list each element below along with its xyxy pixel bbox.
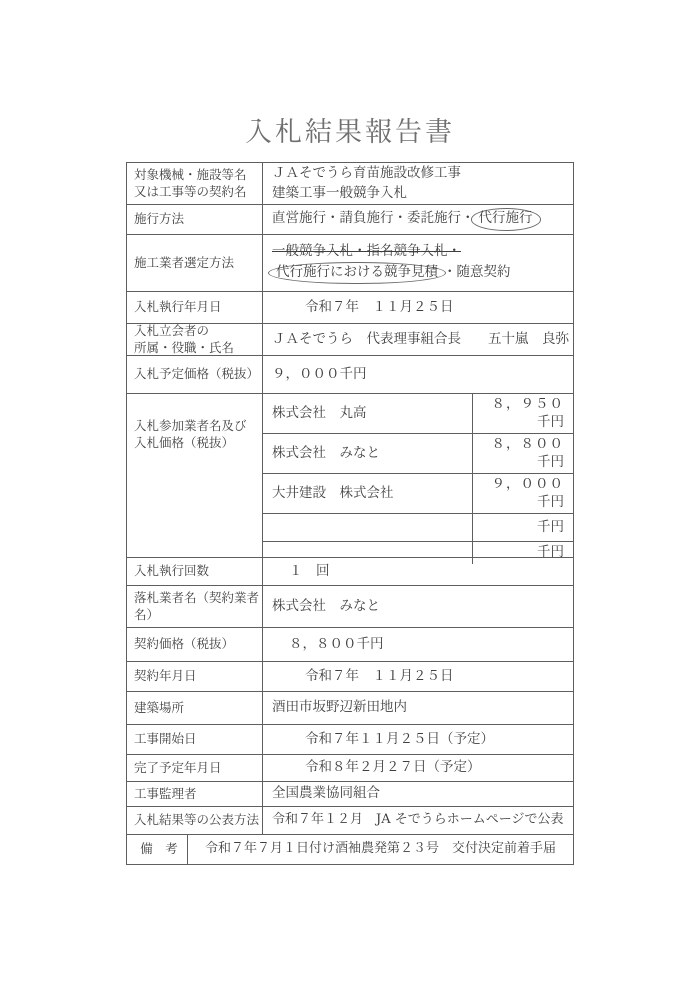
witness-label-line1: 入札立会者の	[134, 323, 259, 340]
table-row-supervisor: 工事監理者 全国農業協同組合	[127, 781, 573, 806]
table-row-contract-price: 契約価格（税抜） ８，８００千円	[127, 627, 573, 661]
completion-date-value-text: 令和８年２月２７日（予定）	[305, 758, 569, 778]
bidder-price-unit: 千円	[477, 494, 564, 512]
table-row-execution-method: 施行方法 直営施行・請負施行・委託施行・代行施行	[127, 204, 573, 234]
table-row-publication: 入札結果等の公表方法 令和７年１２月 JA そでうらホームページで公表	[127, 806, 573, 834]
bidders-label-line2: 入札価格（税抜）	[134, 435, 259, 452]
contractor-selection-value: 一般競争入札・指名競争入札・ 代行施行における競争見積・随意契約	[263, 235, 573, 291]
table-row-subject: 対象機械・施設等名 又は工事等の契約名 ＪＡそでうら育苗施設改修工事 建築工事一…	[127, 163, 573, 204]
contract-price-value-text: ８，８００千円	[289, 635, 569, 655]
planned-price-value: ９，０００千円	[263, 356, 573, 393]
bidder-price-unit: 千円	[477, 414, 564, 432]
bidder-row: 大井建設 株式会社 ９，０００ 千円	[263, 473, 573, 513]
subject-label-line2: 又は工事等の契約名	[134, 184, 259, 201]
table-row-winner: 落札業者名（契約業者名） 株式会社 みなと	[127, 585, 573, 627]
location-label-text: 建築場所	[134, 700, 259, 717]
contract-price-value: ８，８００千円	[263, 628, 573, 661]
completion-date-label-text: 完了予定年月日	[134, 760, 259, 777]
supervisor-value-text: 全国農業協同組合	[272, 784, 569, 804]
bidder-price-unit: 千円	[477, 454, 564, 472]
witness-label-line2: 所属・役職・氏名	[134, 340, 259, 357]
bidder-row: 株式会社 丸高 ８，９５０ 千円	[263, 394, 573, 433]
bidder-price-cell: ８，８００ 千円	[473, 434, 573, 473]
table-row-contract-date: 契約年月日 令和７年 １１月２５日	[127, 661, 573, 691]
contractor-selection-line1: 一般競争入札・指名競争入札・	[272, 242, 569, 262]
bidders-subtable: 株式会社 丸高 ８，９５０ 千円 株式会社 みなと ８，８００ 千円 大井建設 …	[263, 394, 573, 557]
start-date-value-text: 令和７年１１月２５日（予定）	[305, 730, 569, 750]
table-row-witness: 入札立会者の 所属・役職・氏名 ＪＡそでうら 代表理事組合長 五十嵐 良弥	[127, 323, 573, 355]
start-date-value: 令和７年１１月２５日（予定）	[263, 725, 573, 754]
bidder-name: 株式会社 丸高	[263, 394, 473, 433]
contractor-selection-circled-text: 代行施行における競争見積	[268, 262, 446, 285]
bidder-price: ９，０００	[477, 476, 564, 494]
execution-method-label: 施行方法	[127, 205, 263, 234]
contract-price-label: 契約価格（税抜）	[127, 628, 263, 661]
bidder-price-unit: 千円	[477, 519, 564, 537]
supervisor-label: 工事監理者	[127, 782, 263, 806]
location-label: 建築場所	[127, 692, 263, 724]
contract-date-value: 令和７年 １１月２５日	[263, 662, 573, 691]
winner-label-text: 落札業者名（契約業者名）	[134, 590, 259, 624]
completion-date-value: 令和８年２月２７日（予定）	[263, 755, 573, 781]
table-row-location: 建築場所 酒田市坂野辺新田地内	[127, 691, 573, 724]
bid-date-value-text: 令和７年 １１月２５日	[305, 298, 569, 318]
witness-value-text: ＪＡそでうら 代表理事組合長 五十嵐 良弥	[272, 330, 569, 350]
execution-method-plain: 直営施行・請負施行・委託施行	[272, 210, 461, 226]
table-row-bid-date: 入札執行年月日 令和７年 １１月２５日	[127, 291, 573, 323]
remarks-label-text: 備 考	[140, 841, 178, 858]
bid-count-label: 入札執行回数	[127, 558, 263, 585]
supervisor-value: 全国農業協同組合	[263, 782, 573, 806]
contract-date-value-text: 令和７年 １１月２５日	[305, 667, 569, 687]
table-row-remarks: 備 考 令和７年７月１日付け酒袖農発第２３号 交付決定前着手届	[127, 834, 573, 864]
winner-value-text: 株式会社 みなと	[272, 597, 569, 617]
bidder-row-empty: 千円	[263, 513, 573, 541]
subject-label: 対象機械・施設等名 又は工事等の契約名	[127, 163, 263, 204]
bid-count-value-text: １ 回	[289, 562, 569, 582]
page-title: 入札結果報告書	[0, 110, 700, 149]
execution-method-label-text: 施行方法	[134, 211, 259, 228]
completion-date-label: 完了予定年月日	[127, 755, 263, 781]
execution-method-circled-option: 代行施行	[471, 208, 541, 231]
remarks-value: 令和７年７月１日付け酒袖農発第２３号 交付決定前着手届	[188, 835, 573, 864]
bidder-price-cell: ９，０００ 千円	[473, 474, 573, 513]
contract-date-label: 契約年月日	[127, 662, 263, 691]
bid-date-value: 令和７年 １１月２５日	[263, 292, 573, 323]
execution-method-value: 直営施行・請負施行・委託施行・代行施行	[263, 205, 573, 234]
table-row-completion-date: 完了予定年月日 令和８年２月２７日（予定）	[127, 754, 573, 781]
document-page: 入札結果報告書 対象機械・施設等名 又は工事等の契約名 ＪＡそでうら育苗施設改修…	[0, 0, 700, 990]
table-row-start-date: 工事開始日 令和７年１１月２５日（予定）	[127, 724, 573, 754]
bidders-label-line1: 入札参加業者名及び	[134, 418, 259, 435]
planned-price-label-text: 入札予定価格（税抜）	[134, 366, 259, 383]
remarks-label: 備 考	[127, 835, 188, 864]
bid-count-label-text: 入札執行回数	[134, 563, 259, 580]
contractor-selection-rest-text: ・随意契約	[443, 264, 511, 280]
start-date-label-text: 工事開始日	[134, 731, 259, 748]
supervisor-label-text: 工事監理者	[134, 786, 259, 803]
contractor-selection-struck-text: 一般競争入札・指名競争入札・	[272, 243, 461, 259]
bidder-name: 大井建設 株式会社	[263, 474, 473, 513]
witness-value: ＪＡそでうら 代表理事組合長 五十嵐 良弥	[263, 324, 573, 355]
planned-price-value-text: ９，０００千円	[272, 365, 569, 385]
contract-price-label-text: 契約価格（税抜）	[134, 636, 259, 653]
table-row-bid-count: 入札執行回数 １ 回	[127, 557, 573, 585]
subject-value-line2: 建築工事一般競争入札	[272, 184, 569, 204]
bidder-price-cell: 千円	[473, 514, 573, 541]
table-row-bidders: 入札参加業者名及び 入札価格（税抜） 株式会社 丸高 ８，９５０ 千円 株式会社…	[127, 393, 573, 557]
subject-label-line1: 対象機械・施設等名	[134, 167, 259, 184]
bid-date-label-text: 入札執行年月日	[134, 299, 259, 316]
bidder-price-cell: ８，９５０ 千円	[473, 394, 573, 433]
contractor-selection-label-text: 施工業者選定方法	[134, 255, 259, 272]
execution-method-options: 直営施行・請負施行・委託施行・代行施行	[272, 208, 569, 231]
bidder-name: 株式会社 みなと	[263, 434, 473, 473]
planned-price-label: 入札予定価格（税抜）	[127, 356, 263, 393]
publication-label-text: 入札結果等の公表方法	[134, 812, 259, 829]
bid-result-table: 対象機械・施設等名 又は工事等の契約名 ＪＡそでうら育苗施設改修工事 建築工事一…	[126, 162, 574, 865]
bidders-label: 入札参加業者名及び 入札価格（税抜）	[127, 394, 263, 557]
bidder-price: ８，９５０	[477, 396, 564, 414]
contractor-selection-line2: 代行施行における競争見積・随意契約	[272, 262, 569, 285]
winner-label: 落札業者名（契約業者名）	[127, 586, 263, 627]
contractor-selection-label: 施工業者選定方法	[127, 235, 263, 291]
bidder-row: 株式会社 みなと ８，８００ 千円	[263, 433, 573, 473]
start-date-label: 工事開始日	[127, 725, 263, 754]
contract-date-label-text: 契約年月日	[134, 668, 259, 685]
publication-label: 入札結果等の公表方法	[127, 807, 263, 834]
table-row-planned-price: 入札予定価格（税抜） ９，０００千円	[127, 355, 573, 393]
remarks-value-text: 令和７年７月１日付け酒袖農発第２３号 交付決定前着手届	[205, 840, 556, 859]
publication-value: 令和７年１２月 JA そでうらホームページで公表	[263, 807, 573, 834]
publication-value-text: 令和７年１２月 JA そでうらホームページで公表	[272, 811, 569, 830]
table-row-contractor-selection: 施工業者選定方法 一般競争入札・指名競争入札・ 代行施行における競争見積・随意契…	[127, 234, 573, 291]
bid-date-label: 入札執行年月日	[127, 292, 263, 323]
location-value-text: 酒田市坂野辺新田地内	[272, 698, 569, 718]
witness-label: 入札立会者の 所属・役職・氏名	[127, 324, 263, 355]
location-value: 酒田市坂野辺新田地内	[263, 692, 573, 724]
winner-value: 株式会社 みなと	[263, 586, 573, 627]
bid-count-value: １ 回	[263, 558, 573, 585]
subject-value-line1: ＪＡそでうら育苗施設改修工事	[272, 164, 569, 184]
subject-value: ＪＡそでうら育苗施設改修工事 建築工事一般競争入札	[263, 163, 573, 204]
bidder-price: ８，８００	[477, 436, 564, 454]
bidder-name	[263, 514, 473, 541]
